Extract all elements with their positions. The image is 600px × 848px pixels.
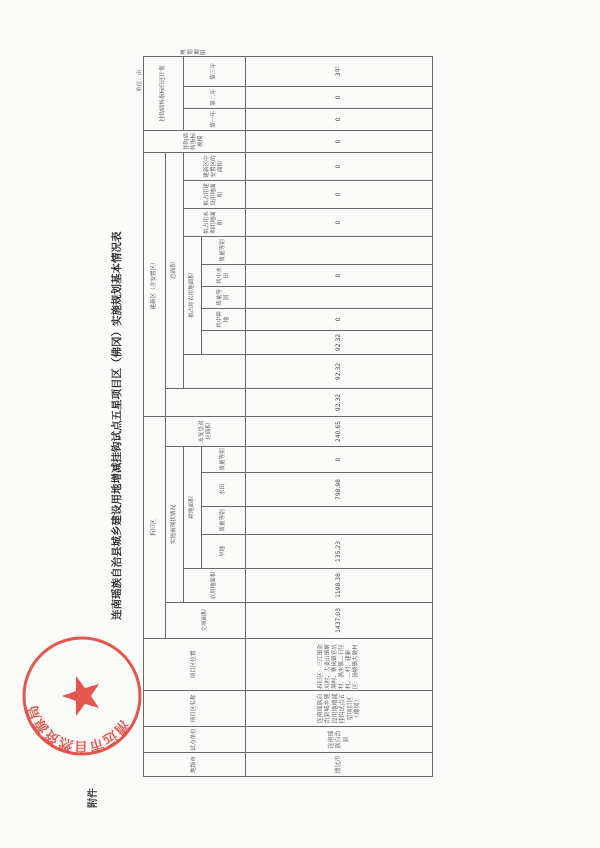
cell-occupied-unused: 0 xyxy=(246,209,433,237)
cell-quality-grade-1 xyxy=(246,507,433,535)
cell-resettlement-area: 0 xyxy=(246,152,433,180)
svg-text:清远市自然资源局: 清远市自然资源局 xyxy=(18,674,133,760)
star-icon xyxy=(62,676,99,716)
official-stamp: 清远市自然资源局 xyxy=(18,632,146,760)
header-quality-grade-1: 质量等别 xyxy=(202,507,246,535)
cell-quality-grade-3 xyxy=(246,287,433,309)
cell-year-2: 0 xyxy=(246,108,433,130)
header-pre-status: 实施前现状情况 xyxy=(166,447,184,603)
header-resettlement-area: 建新区中安置区的面积 xyxy=(184,152,246,180)
cell-year-1: 0 xyxy=(246,130,433,152)
cell-of-which-paddy: 0 xyxy=(246,265,433,287)
header-occupied-unused: 拟占用未利用地面积 xyxy=(184,209,246,237)
plan-table: 地级市 试点单位 项目区名称 项目区位置 拆旧区 建新区（含安置区） 挂钩周转指… xyxy=(143,72,433,777)
header-pilot-unit: 试点单位 xyxy=(144,727,246,753)
cell-quality-grade-4 xyxy=(246,237,433,265)
header-total-area: 总面积 xyxy=(166,152,184,388)
cell-new-zone-total: 92.32 xyxy=(246,389,433,417)
header-paddy-field: 水田 xyxy=(202,473,246,507)
header-new-zone: 建新区（含安置区） xyxy=(144,152,166,416)
header-year-1: 第一年 xyxy=(184,108,246,130)
header-of-which-cultivated: 其中耕地 xyxy=(202,309,246,331)
cell-planning-period: 3年 xyxy=(246,56,433,86)
cell-occupied-construction: 0 xyxy=(246,181,433,209)
header-return-plan: 挂钩周转指标归还计划 xyxy=(144,56,184,130)
cell-farmland-area: 1198.38 xyxy=(246,569,433,603)
header-demolition-zone: 拆旧区 xyxy=(144,417,166,639)
cell-city: 清远市 xyxy=(246,753,433,777)
cell-project-location: 拆旧区：三江镇金坑村、大麦山镇塘洞村、寨岗镇官坑村、涡水镇…石径村、…村；建新区… xyxy=(246,639,433,691)
header-city: 地级市 xyxy=(144,753,246,777)
cell-approved-area: 1437.03 xyxy=(246,603,433,639)
cell-occupied-farmland: 92.32 xyxy=(246,331,433,355)
unit-label: 单位：亩 xyxy=(135,70,143,92)
cell-pilot-unit: 连南瑶族自治县 xyxy=(246,727,433,753)
header-new-zone-blank xyxy=(166,389,246,417)
header-year-2: 第二年 xyxy=(184,86,246,108)
cell-total-area: 92.32 xyxy=(246,355,433,389)
cell-year-3: 0 xyxy=(246,86,433,108)
cell-unreclaimed-area: 240.65 xyxy=(246,417,433,447)
cell-dry-land: 135.23 xyxy=(246,535,433,569)
header-farmland-area: 农用地面积 xyxy=(184,569,246,603)
attachment-label: 附件 xyxy=(84,788,99,808)
header-total-blank xyxy=(184,355,246,389)
header-year-3: 第三年 xyxy=(184,56,246,86)
header-cultivated-area: 耕地面积 xyxy=(184,447,202,569)
cell-project-name: 连南瑶族自治县城乡建设用地增减挂钩试点五星项目区（佛冈） xyxy=(246,691,433,727)
header-occupied-construction: 拟占用建设用地面积 xyxy=(184,181,246,209)
header-of-which-paddy: 其中水田 xyxy=(202,265,246,287)
header-unreclaimed-area: 未复垦对应面积 xyxy=(166,417,246,447)
header-occupied-blank xyxy=(202,331,246,355)
stamp-text: 清远市自然资源局 xyxy=(18,674,133,760)
header-quality-grade-4: 质量等别 xyxy=(202,237,246,265)
header-project-location: 项目区位置 xyxy=(144,639,246,691)
cell-paddy-field: 798.98 xyxy=(246,473,433,507)
header-occupied-farmland: 拟占用农用地面积 xyxy=(184,237,202,355)
cell-quality-grade-2: 0 xyxy=(246,447,433,473)
header-quality-grade-2: 质量等别 xyxy=(202,447,246,473)
table-row: 清远市 连南瑶族自治县 连南瑶族自治县城乡建设用地增减挂钩试点五星项目区（佛冈）… xyxy=(246,56,433,776)
header-turnover-quota: 挂钩周转指标规模 xyxy=(144,130,246,152)
header-approved-area: 立项面积 xyxy=(166,603,246,639)
header-dry-land: 旱地 xyxy=(202,535,246,569)
header-project-name: 项目区名称 xyxy=(144,691,246,727)
header-quality-grade-3: 质量等别 xyxy=(202,287,246,309)
cell-of-which-cultivated: 0 xyxy=(246,309,433,331)
document-title: 连南瑶族自治县城乡建设用地增减挂钩试点五星项目区（佛冈）实施规划基本情况表 xyxy=(109,150,124,620)
